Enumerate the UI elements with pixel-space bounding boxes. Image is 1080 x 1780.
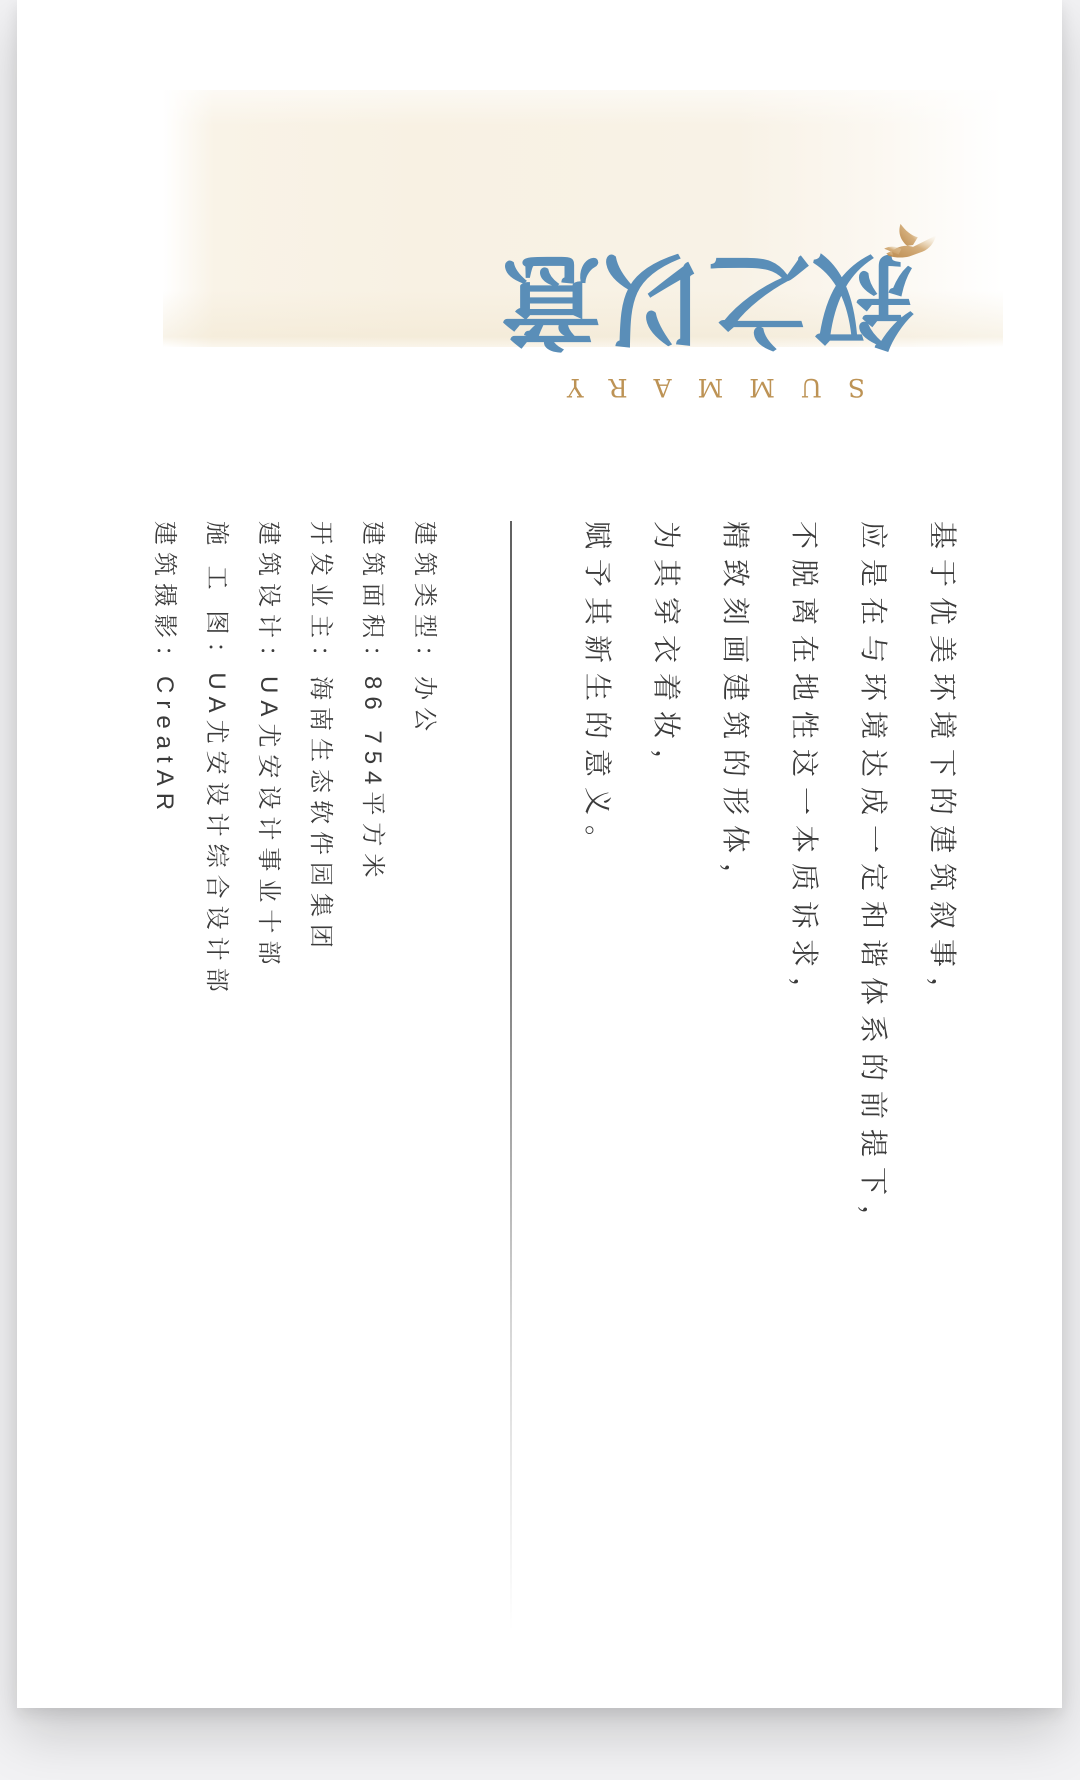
credit-row: 施 工 图：UA尤安设计综合设计部	[190, 521, 242, 1011]
credit-colon: ：	[411, 645, 438, 676]
credit-colon: ：	[307, 645, 334, 676]
summary-banner: 叙之以意 SUMMARY	[163, 90, 1003, 347]
credit-value: CreatAR	[151, 676, 178, 817]
credit-value: UA尤安设计事业十部	[255, 676, 282, 971]
credit-value: 86 754平方米	[359, 676, 386, 884]
credit-label: 建筑设计	[255, 521, 282, 645]
credit-row: 建筑摄影：CreatAR	[138, 521, 190, 1011]
paragraph-line: 赋予其新生的意义。	[563, 521, 632, 1261]
credit-colon: ：	[255, 645, 282, 676]
credit-row: 建筑面积：86 754平方米	[346, 521, 398, 1011]
credit-label: 建筑类型	[411, 521, 438, 645]
paragraph-line: 应是在与环境达成一定和谐体系的前提下，	[839, 521, 908, 1261]
credit-label: 开发业主	[307, 521, 334, 645]
paragraph-line: 不脱离在地性这一本质诉求，	[770, 521, 839, 1261]
credit-label: 施 工 图	[203, 521, 230, 641]
paragraph-line: 为其穿衣着妆，	[632, 521, 701, 1261]
credit-row: 开发业主：海南生态软件园集团	[294, 521, 346, 1011]
credit-colon: ：	[359, 645, 386, 676]
credit-value: UA尤安设计综合设计部	[203, 672, 230, 998]
credit-value: 海南生态软件园集团	[307, 676, 334, 955]
section-subtitle-en: SUMMARY	[535, 371, 871, 403]
credit-label: 建筑面积	[359, 521, 386, 645]
project-credits: 建筑类型：办公 建筑面积：86 754平方米 开发业主：海南生态软件园集团 建筑…	[138, 521, 450, 1011]
credit-row: 建筑设计：UA尤安设计事业十部	[242, 521, 294, 1011]
page-card: 叙之以意 SUMMARY 基于优美环境下的建筑叙事， 应是在与环境达成一定和谐体…	[17, 0, 1062, 1708]
credit-row: 建筑类型：办公	[398, 521, 450, 1011]
credit-value: 办公	[411, 676, 438, 738]
vertical-divider	[510, 521, 512, 1631]
dove-icon	[883, 220, 943, 268]
paragraph-line: 基于优美环境下的建筑叙事，	[908, 521, 977, 1261]
paragraph-line: 精致刻画建筑的形体，	[701, 521, 770, 1261]
credit-colon: ：	[151, 645, 178, 676]
credit-label: 建筑摄影	[151, 521, 178, 645]
credit-colon: ：	[203, 641, 230, 672]
section-title: 叙之以意	[501, 240, 911, 358]
intro-paragraph: 基于优美环境下的建筑叙事， 应是在与环境达成一定和谐体系的前提下， 不脱离在地性…	[563, 521, 977, 1261]
